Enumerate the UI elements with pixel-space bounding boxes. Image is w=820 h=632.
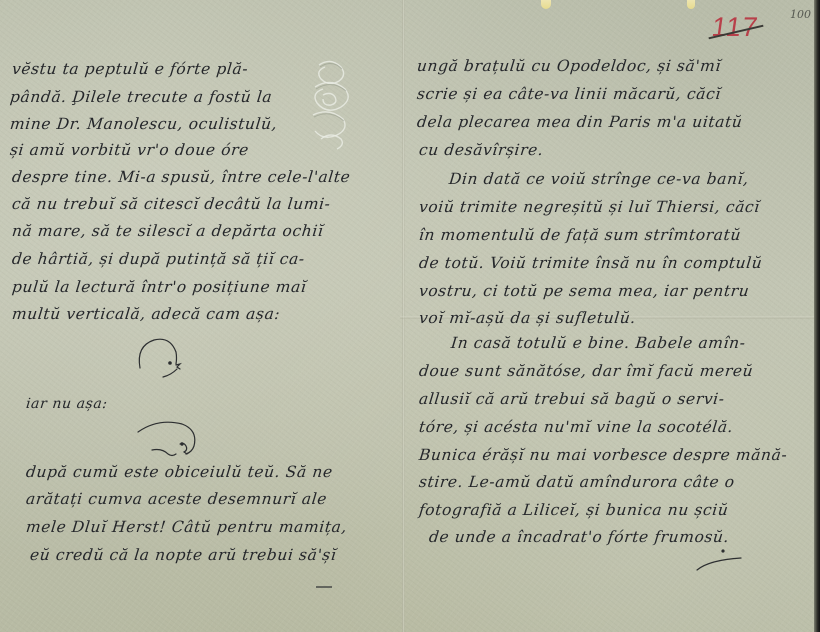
text-line: după cumŭ este obiceiulŭ teŭ. Să ne: [25, 463, 334, 481]
text-line: de hârtiă, și după putință să țiĭ ca-: [11, 250, 306, 268]
text-line: multŭ verticală, adecă cam așa:: [11, 305, 281, 323]
right-page: ungă brațulŭ cu Opodeldoc, și să'mĭ scri…: [405, 0, 815, 632]
text-line: pulŭ la lectură într'o posițiune maĭ: [11, 278, 307, 296]
text-line: mine Dr. Manolescu, oculistulŭ,: [9, 115, 278, 133]
text-line: vĕstu ta peptulŭ e fórte plă-: [11, 60, 249, 78]
text-line: doue sunt sănătóse, dar îmĭ facŭ mereŭ: [418, 362, 754, 380]
text-line: stire. Le-amŭ datŭ amîndurora câte o: [418, 473, 736, 491]
sketch-head-upright: [130, 335, 190, 385]
text-line: nă mare, să te silescĭ a depărta ochiĭ: [11, 222, 324, 240]
text-line: Bunica érășĭ nu mai vorbesce despre mănă…: [418, 446, 788, 464]
text-line: că nu trebuĭ să citescĭ decâtŭ la lumi-: [11, 195, 331, 213]
text-line: scrie și ea câte-va linii măcarŭ, căcĭ: [416, 85, 722, 103]
text-line: despre tine. Mi-a spusŭ, între cele-l'al…: [11, 168, 351, 186]
text-line: arătați cumva aceste desemnurĭ ale: [25, 490, 328, 508]
text-line: tóre, și acésta nu'mĭ vine la socotélă.: [418, 418, 734, 436]
sketch-head-bent: [132, 418, 202, 462]
text-line: ungă brațulŭ cu Opodeldoc, și să'mĭ: [416, 57, 722, 75]
text-line: In casă totulŭ e bine. Babele amîn-: [450, 334, 747, 352]
text-line: pândă. Ḑilele trecute a fostŭ la: [9, 88, 273, 106]
text-line: Din dată ce voiŭ strînge ce-va banĭ,: [448, 170, 750, 188]
text-line: cu desăvîrșire.: [418, 141, 544, 159]
text-line: de totŭ. Voiŭ trimite însă nu în comptul…: [418, 254, 763, 272]
text-line: mele Dluĭ Herst! Câtŭ pentru mamița,: [25, 518, 348, 536]
text-line: fotografiă a Liliceĭ, și bunica nu șciŭ: [418, 501, 729, 519]
text-line: și amŭ vorbitŭ vr'o doue óre: [9, 141, 250, 159]
text-line: voĭ mĭ-așŭ da și sufletulŭ.: [418, 309, 637, 327]
caption-text: iar nu așa:: [25, 396, 108, 412]
text-line: de unde a încadrat'o fórte frumosŭ.: [428, 528, 730, 546]
text-line: dela plecarea mea din Paris m'a uitatŭ: [416, 113, 743, 131]
letter-scan: 117 100 vĕstu ta peptulŭ e fórte plă- pâ…: [0, 0, 820, 632]
closing-flourish: [695, 548, 745, 574]
text-line: vostru, ci totŭ pe sema mea, iar pentru: [418, 282, 750, 300]
text-line: în momentulŭ de față sum strîmtoratŭ: [418, 226, 742, 244]
ink-mark: [316, 586, 332, 588]
text-line: voiŭ trimite negreșitŭ și luĭ Thiersi, c…: [418, 198, 761, 216]
text-line: allusiĭ că arŭ trebui să bagŭ o servi-: [418, 390, 726, 408]
left-page: vĕstu ta peptulŭ e fórte plă- pândă. Ḑil…: [0, 0, 400, 632]
text-line: eŭ credŭ că la nopte arŭ trebui să'șĭ: [29, 546, 337, 564]
